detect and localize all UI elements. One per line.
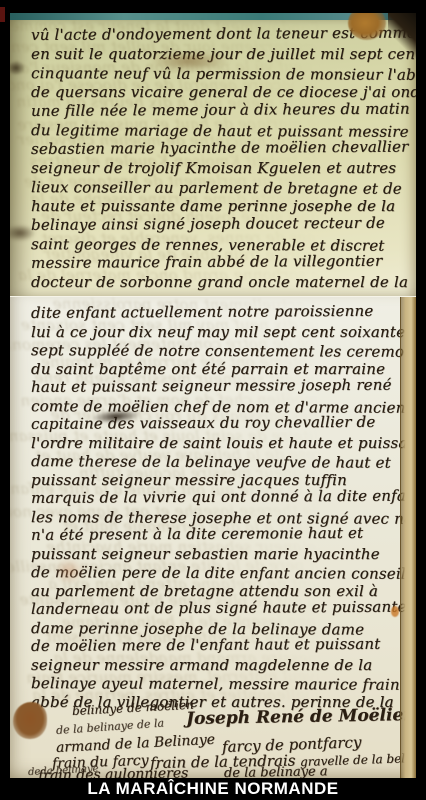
signature: de la belinaye a [224, 764, 328, 778]
teal-table-edge [10, 13, 416, 20]
manuscript-line: cinquante neuf vû la permission de monsi… [10, 64, 416, 85]
manuscript-line: l'ordre militaire de saint louis et haut… [10, 434, 416, 453]
manuscript-line: vû l'acte d'ondoyement dont la teneur es… [10, 24, 416, 45]
manuscript-line: docteur de sorbonne grand oncle maternel… [10, 273, 416, 292]
signature: frain des aulonnieres [38, 765, 189, 778]
manuscript-line: landerneau ont de plus signé haute et pu… [10, 598, 416, 619]
manuscript-line: marquis de la vivrie qui ont donné à la … [10, 487, 416, 508]
page-binding-edge [400, 297, 416, 778]
manuscript-line: belinaye ayeul maternel, messire maurice… [10, 674, 416, 694]
manuscript-line: belinaye ainsi signé joseph doucet recte… [10, 214, 416, 235]
manuscript-line: de moëlien mere de l'enfant haut et puis… [10, 635, 416, 656]
handwritten-text-top: vû l'acte d'ondoyement dont la teneur es… [10, 26, 416, 292]
caption-text: LA MARAÎCHINE NORMANDE [87, 778, 338, 800]
handwritten-text-bottom: dite enfant actuellement notre paroissie… [10, 304, 416, 711]
manuscript-photo: vû l'acte d'ondoyement dont la teneur es… [10, 13, 416, 778]
manuscript-line: en suit le quatorzieme jour de juillet m… [10, 45, 416, 64]
manuscript-line: sebastien marie hyacinthe de moëlien che… [10, 138, 416, 159]
manuscript-line: haut et puissant seigneur messire joseph… [10, 376, 416, 397]
manuscript-line: n'a été present à la dite ceremonie haut… [10, 524, 416, 545]
signature: de la belinaye de la [56, 716, 165, 737]
manuscript-line: lieux conseiller au parlement de bretagn… [10, 178, 416, 199]
caption-band: LA MARAÎCHINE NORMANDE [0, 778, 426, 800]
frame-red-mark [0, 7, 5, 22]
manuscript-line: puissant seigneur sebastien marie hyacin… [10, 545, 416, 564]
manuscript-line: dame therese de la belinaye veufve de ha… [10, 452, 416, 472]
archival-photo-page: { "caption": { "text": "LA MARAÎCHINE NO… [0, 0, 426, 800]
manuscript-page-top: vû l'acte d'ondoyement dont la teneur es… [10, 13, 416, 296]
manuscript-line: une fille née le meme jour à dix heures … [10, 100, 416, 121]
manuscript-line: lui à ce jour dix neuf may mil sept cent… [10, 323, 416, 342]
manuscript-page-bottom: dite enfant actuellement notre paroissie… [10, 296, 416, 778]
manuscript-line: de moëlien pere de la dite enfant ancien… [10, 563, 416, 583]
manuscript-line: sept suppléé de notre consentement les c… [10, 341, 416, 361]
manuscript-line: dite enfant actuellement notre paroissie… [10, 302, 416, 323]
manuscript-line: seigneur messire armand magdelenne de la [10, 656, 416, 675]
manuscript-line: seigneur de trojolif Kmoisan Kguelen et … [10, 159, 416, 178]
manuscript-line: capitaine des vaisseaux du roy chevallie… [10, 413, 416, 434]
signature: Joseph René de Moëlien [186, 705, 416, 729]
manuscript-line: messire maurice frain abbé de la villego… [10, 252, 416, 273]
